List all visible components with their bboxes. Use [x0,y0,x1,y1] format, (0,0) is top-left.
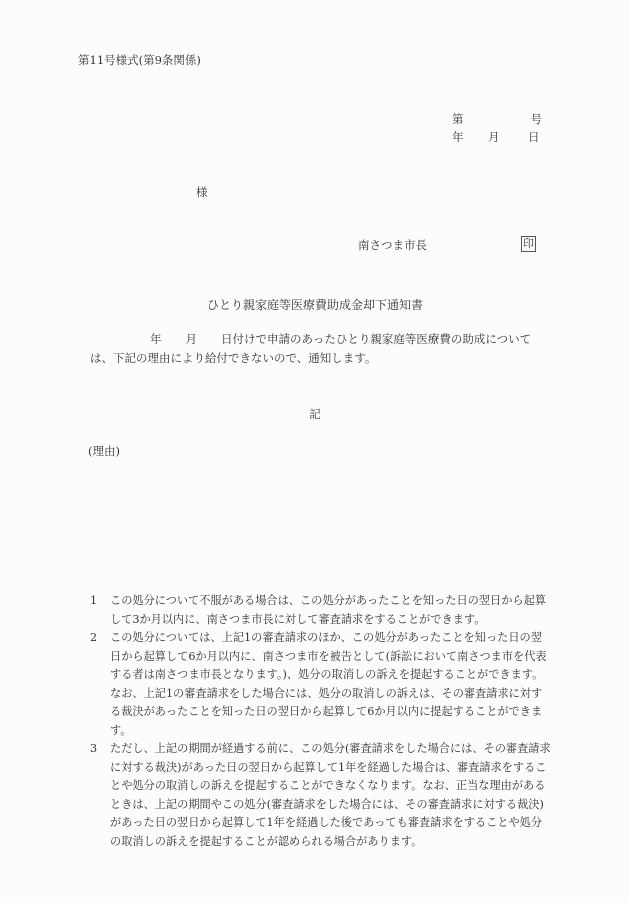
appeal-note: 3 ただし、上記の期間が経過する前に、この処分(審査請求をした場合には、その審査… [88,740,552,851]
reason-label: (理由) [88,443,120,459]
document-number-suffix: 号 [531,110,543,128]
notice-body: 年月日付けで申請のあったひとり親家庭等医療費の助成については、下記の理由により給… [90,330,550,368]
note-text: この処分について不服がある場合は、この処分があったことを知った日の翌日から起算し… [110,592,552,629]
issuer-name: 南さつま市長 [358,237,427,253]
body-month: 月 [186,332,198,346]
appeal-notes: 1 この処分について不服がある場合は、この処分があったことを知った日の翌日から起… [88,592,552,851]
body-year: 年 [150,332,162,346]
document-number-block: 第 号 年 月 日 [452,110,542,146]
document-number-prefix: 第 [452,110,464,128]
note-text: ただし、上記の期間が経過する前に、この処分(審査請求をした場合には、その審査請求… [110,740,552,851]
seal-mark: 印 [521,236,536,252]
issue-date-year: 年 [452,128,488,146]
note-number: 2 [88,629,110,740]
note-number: 1 [88,592,110,629]
appeal-note: 2 この処分については、上記1の審査請求のほか、この処分があったことを知った日の… [88,629,552,740]
document-number-row: 第 号 [452,110,542,128]
issue-date-day: 日 [528,128,540,146]
issue-date-row: 年 月 日 [452,128,542,146]
issue-date-month: 月 [488,128,528,146]
note-text: この処分については、上記1の審査請求のほか、この処分があったことを知った日の翌日… [110,629,552,740]
document-title: ひとり親家庭等医療費助成金却下通知書 [0,296,630,313]
appeal-note: 1 この処分について不服がある場合は、この処分があったことを知った日の翌日から起… [88,592,552,629]
recipient-suffix: 様 [196,184,208,200]
ki-heading: 記 [0,406,630,422]
form-number: 第11号様式(第9条関係) [78,52,201,68]
note-number: 3 [88,740,110,851]
